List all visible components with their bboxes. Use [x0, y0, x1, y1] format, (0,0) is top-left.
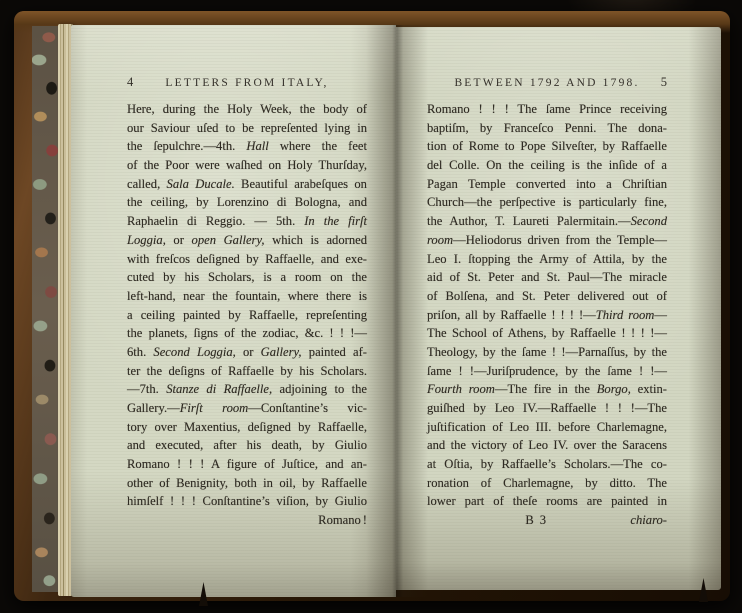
- text-segment: where the feet: [269, 139, 367, 153]
- text-line: The School of Athens, by Raffaelle ! ! !…: [427, 324, 667, 343]
- gathering-signature: B 3: [525, 511, 548, 530]
- text-line: cuted by his Scholars, is a room on the: [127, 268, 367, 287]
- italic-text-segment: Sala Ducale.: [167, 177, 235, 191]
- text-segment: juſtification of Leo III. before Charlem…: [427, 420, 667, 434]
- text-segment: Romano !: [318, 513, 367, 527]
- text-line: room—Heliodorus driven from the Temple—: [427, 231, 667, 250]
- text-segment: Romano ! ! ! A figure of Juſtice, and an…: [127, 457, 367, 471]
- italic-text-segment: Borgo,: [597, 382, 631, 396]
- text-line: the ceiling, by Lorenzino di Bologna, an…: [127, 193, 367, 212]
- text-segment: cuted by his Scholars, is a room on the: [127, 270, 367, 284]
- text-line: baptiſm, by Franceſco Penni. The dona-: [427, 119, 667, 138]
- right-text-block: BETWEEN 1792 AND 1798. 5 Romano ! ! ! Th…: [427, 75, 667, 530]
- left-page: 4 LETTERS FROM ITALY, Here, during the H…: [71, 25, 396, 597]
- text-line: Raphaelin di Reggio. — 5th. In the firſt: [127, 212, 367, 231]
- text-line: Here, during the Holy Week, the body of: [127, 100, 367, 119]
- text-segment: or: [166, 233, 192, 247]
- text-line: with freſcos deſigned by Raffaelle, and …: [127, 250, 367, 269]
- text-segment: Romano ! ! ! The ſame Prince receiving: [427, 102, 667, 116]
- text-line: guiſhed by Leo IV.—Raffaelle ! ! !—The: [427, 399, 667, 418]
- text-segment: a ceiling painted by Raffaelle, repreſen…: [127, 308, 367, 322]
- italic-text-segment: Gallery,: [261, 345, 302, 359]
- text-line: of Bolſena, and St. Peter delivered out …: [427, 287, 667, 306]
- text-line: tory over Maxentius, deſigned by Raffael…: [127, 418, 367, 437]
- text-segment: left-hand, near the fountain, where ther…: [127, 289, 367, 303]
- text-segment: ter the deſigns of Raffaelle by his Scho…: [127, 364, 367, 378]
- text-segment: del Colle. On the ceiling is the inſide …: [427, 158, 667, 172]
- text-segment: called,: [127, 177, 167, 191]
- text-segment: or: [236, 345, 261, 359]
- text-segment: ronation of Charlemagne, by ditto. The: [427, 476, 667, 490]
- text-segment: lower part of theſe rooms are painted in: [427, 494, 667, 508]
- text-segment: priſon, all by Raffaelle ! ! ! !—: [427, 308, 596, 322]
- text-segment: Church—the perſpective is particularly f…: [427, 195, 667, 209]
- text-segment: Leo I. ſtopping the Army of Attila, by t…: [427, 252, 667, 266]
- catchword: chiaro-: [630, 511, 667, 530]
- text-line: the planets, ſigns of the zodiac, &c. ! …: [127, 324, 367, 343]
- text-line: priſon, all by Raffaelle ! ! ! !—Third r…: [427, 306, 667, 325]
- text-line: Theology, by the ſame ! !—Parnaſſus, by …: [427, 343, 667, 362]
- text-line: Leo I. ſtopping the Army of Attila, by t…: [427, 250, 667, 269]
- signature-line: B 3chiaro-: [427, 511, 667, 530]
- text-segment: guiſhed by Leo IV.—Raffaelle ! ! !—The: [427, 401, 667, 415]
- text-line: del Colle. On the ceiling is the inſide …: [427, 156, 667, 175]
- text-segment: baptiſm, by Franceſco Penni. The dona-: [427, 121, 667, 135]
- text-segment: of Bolſena, and St. Peter delivered out …: [427, 289, 667, 303]
- text-segment: adjoining to the: [272, 382, 367, 396]
- text-line: called, Sala Ducale. Beautiful arabeſque…: [127, 175, 367, 194]
- book-photograph: 4 LETTERS FROM ITALY, Here, during the H…: [0, 0, 742, 613]
- text-line: and the victory of Leo IV. over the Sara…: [427, 436, 667, 455]
- text-line: left-hand, near the fountain, where ther…: [127, 287, 367, 306]
- text-segment: our Saviour uſed to be repreſented lying…: [127, 121, 367, 135]
- left-running-title: LETTERS FROM ITALY,: [149, 77, 345, 89]
- italic-text-segment: room: [427, 233, 453, 247]
- right-page-text: Romano ! ! ! The ſame Prince receivingba…: [427, 100, 667, 530]
- text-segment: —Heliodorus driven from the Temple—: [453, 233, 667, 247]
- text-line: and executed, after his death, by Giulio: [127, 436, 367, 455]
- text-line: ronation of Charlemagne, by ditto. The: [427, 474, 667, 493]
- text-segment: extin-: [631, 382, 667, 396]
- right-running-title: BETWEEN 1792 AND 1798.: [449, 77, 645, 89]
- text-line: juſtification of Leo III. before Charlem…: [427, 418, 667, 437]
- text-segment: and the victory of Leo IV. over the Sara…: [427, 438, 667, 452]
- text-segment: tory over Maxentius, deſigned by Raffael…: [127, 420, 367, 434]
- text-segment: —The fire in the: [495, 382, 597, 396]
- italic-text-segment: Second Loggia,: [153, 345, 235, 359]
- left-page-number: 4: [127, 75, 149, 90]
- right-page-number: 5: [645, 75, 667, 90]
- text-line: himſelf ! ! ! Conſtantine’s viſion, by G…: [127, 492, 367, 511]
- text-segment: Raphaelin di Reggio. — 5th.: [127, 214, 304, 228]
- text-line: —7th. Stanze di Raffaelle, adjoining to …: [127, 380, 367, 399]
- marbled-endpaper: [32, 26, 60, 592]
- text-line: ſame ! !—Juriſprudence, by the ſame ! !—: [427, 362, 667, 381]
- text-line: Romano ! ! ! The ſame Prince receiving: [427, 100, 667, 119]
- right-page: BETWEEN 1792 AND 1798. 5 Romano ! ! ! Th…: [396, 27, 721, 590]
- italic-text-segment: Firſt room: [180, 401, 249, 415]
- text-segment: the planets, ſigns of the zodiac, &c. ! …: [127, 326, 367, 340]
- left-running-head: 4 LETTERS FROM ITALY,: [127, 75, 367, 89]
- italic-text-segment: Loggia,: [127, 233, 166, 247]
- text-segment: himſelf ! ! ! Conſtantine’s viſion, by G…: [127, 494, 367, 508]
- text-line: Church—the perſpective is particularly f…: [427, 193, 667, 212]
- italic-text-segment: Second: [631, 214, 667, 228]
- text-line: Gallery.—Firſt room—Conſtantine’s vic-: [127, 399, 367, 418]
- text-line: tion of Rome to Pope Silveſter, by Raffa…: [427, 137, 667, 156]
- text-segment: and executed, after his death, by Giulio: [127, 438, 367, 452]
- italic-text-segment: Third room: [596, 308, 655, 322]
- text-segment: Theology, by the ſame ! !—Parnaſſus, by …: [427, 345, 667, 359]
- text-segment: Here, during the Holy Week, the body of: [127, 102, 367, 116]
- text-line: lower part of theſe rooms are painted in: [427, 492, 667, 511]
- text-line: other of Benignity, both in oil, by Raff…: [127, 474, 367, 493]
- italic-text-segment: Hall: [246, 139, 268, 153]
- text-line: Loggia, or open Gallery, which is adorne…: [127, 231, 367, 250]
- text-segment: ſame ! !—Juriſprudence, by the ſame ! !—: [427, 364, 667, 378]
- left-text-block: 4 LETTERS FROM ITALY, Here, during the H…: [127, 75, 367, 530]
- text-segment: —: [654, 308, 667, 322]
- text-segment: the ceiling, by Lorenzino di Bologna, an…: [127, 195, 367, 209]
- text-segment: with freſcos deſigned by Raffaelle, and …: [127, 252, 367, 266]
- text-segment: the Author, T. Laureti Palermitain.—: [427, 214, 631, 228]
- text-segment: Gallery.—: [127, 401, 180, 415]
- text-segment: Pagan Temple converted into a Chriſtian: [427, 177, 667, 191]
- text-line: a ceiling painted by Raffaelle, repreſen…: [127, 306, 367, 325]
- text-segment: —7th.: [127, 382, 166, 396]
- text-line: Romano !: [127, 511, 367, 530]
- text-segment: the ſepulchre.—4th.: [127, 139, 246, 153]
- text-line: Pagan Temple converted into a Chriſtian: [427, 175, 667, 194]
- text-segment: of the Poor were waſhed on Holy Thurſday…: [127, 158, 367, 172]
- left-page-text: Here, during the Holy Week, the body ofo…: [127, 100, 367, 530]
- text-segment: other of Benignity, both in oil, by Raff…: [127, 476, 367, 490]
- text-line: of the Poor were waſhed on Holy Thurſday…: [127, 156, 367, 175]
- text-line: Romano ! ! ! A figure of Juſtice, and an…: [127, 455, 367, 474]
- italic-text-segment: open Gallery,: [192, 233, 265, 247]
- text-line: Fourth room—The fire in the Borgo, extin…: [427, 380, 667, 399]
- right-running-head: BETWEEN 1792 AND 1798. 5: [427, 75, 667, 89]
- text-segment: Beautiful arabeſques on: [235, 177, 367, 191]
- text-segment: 6th.: [127, 345, 153, 359]
- text-line: 6th. Second Loggia, or Gallery, painted …: [127, 343, 367, 362]
- text-line: our Saviour uſed to be repreſented lying…: [127, 119, 367, 138]
- text-segment: tion of Rome to Pope Silveſter, by Raffa…: [427, 139, 667, 153]
- text-segment: aid of St. Peter and St. Paul—The miracl…: [427, 270, 667, 284]
- text-line: at Oſtia, by Raffaelle’s Scholars.—The c…: [427, 455, 667, 474]
- text-segment: which is adorned: [265, 233, 368, 247]
- text-line: the Author, T. Laureti Palermitain.—Seco…: [427, 212, 667, 231]
- italic-text-segment: Stanze di Raffaelle,: [166, 382, 272, 396]
- text-segment: The School of Athens, by Raffaelle ! ! !…: [427, 326, 667, 340]
- text-line: ter the deſigns of Raffaelle by his Scho…: [127, 362, 367, 381]
- text-line: the ſepulchre.—4th. Hall where the feet: [127, 137, 367, 156]
- text-segment: —Conſtantine’s vic-: [248, 401, 367, 415]
- text-segment: at Oſtia, by Raffaelle’s Scholars.—The c…: [427, 457, 667, 471]
- italic-text-segment: Fourth room: [427, 382, 495, 396]
- text-segment: painted af-: [302, 345, 367, 359]
- text-line: aid of St. Peter and St. Paul—The miracl…: [427, 268, 667, 287]
- italic-text-segment: In the firſt: [304, 214, 367, 228]
